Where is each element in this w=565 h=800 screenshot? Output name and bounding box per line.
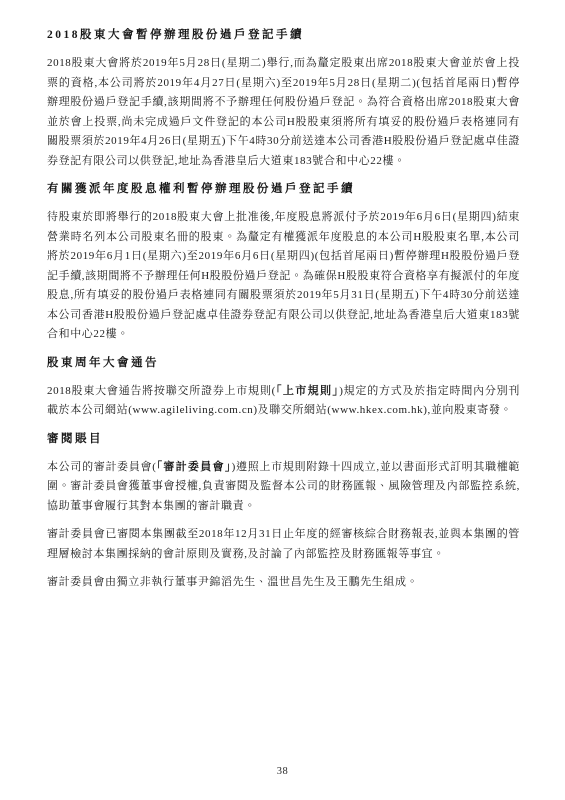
section-heading-review-of-accounts: 審閱賬目 — [47, 430, 520, 448]
paragraph-audit-committee-members: 審計委員會由獨立非執行董事尹錦滔先生、溫世昌先生及王鵬先生組成。 — [47, 573, 520, 593]
paragraph-agm-notice: 2018股東大會通告將按聯交所證券上市規則(「上市規則」)規定的方式及於指定時間… — [47, 382, 520, 421]
section-review-of-accounts: 審閱賬目 本公司的審計委員會(「審計委員會」)遵照上市規則附錄十四成立,並以書面… — [47, 430, 520, 593]
section-agm-notice: 股東周年大會通告 2018股東大會通告將按聯交所證券上市規則(「上市規則」)規定… — [47, 354, 520, 421]
document-page: 2018股東大會暫停辦理股份過戶登記手續 2018股東大會將於2019年5月28… — [0, 0, 565, 800]
defined-term-audit-committee: 「審計委員會」 — [157, 461, 232, 473]
section-heading-agm-closure: 2018股東大會暫停辦理股份過戶登記手續 — [47, 26, 520, 44]
paragraph-audit-committee-review: 審計委員會已審閱本集團截至2018年12月31日止年度的經審核綜合財務報表,並與… — [47, 525, 520, 564]
section-heading-agm-notice: 股東周年大會通告 — [47, 354, 520, 372]
paragraph-text: 本公司的審計委員會( — [47, 461, 157, 473]
defined-term-listing-rules: 「上市規則」 — [276, 385, 339, 397]
paragraph-text: 2018股東大會通告將按聯交所證券上市規則( — [47, 385, 276, 397]
paragraph-dividend-closure: 待股東於即將舉行的2018股東大會上批准後,年度股息將派付予於2019年6月6日… — [47, 208, 520, 345]
section-2018-agm-closure: 2018股東大會暫停辦理股份過戶登記手續 2018股東大會將於2019年5月28… — [47, 26, 520, 171]
section-dividend-closure: 有關獲派年度股息權利暫停辦理股份過戶登記手續 待股東於即將舉行的2018股東大會… — [47, 180, 520, 345]
section-heading-dividend-closure: 有關獲派年度股息權利暫停辦理股份過戶登記手續 — [47, 180, 520, 198]
paragraph-agm-closure: 2018股東大會將於2019年5月28日(星期二)舉行,而為釐定股東出席2018… — [47, 54, 520, 171]
page-number: 38 — [0, 766, 565, 777]
paragraph-audit-committee-establishment: 本公司的審計委員會(「審計委員會」)遵照上市規則附錄十四成立,並以書面形式訂明其… — [47, 458, 520, 517]
